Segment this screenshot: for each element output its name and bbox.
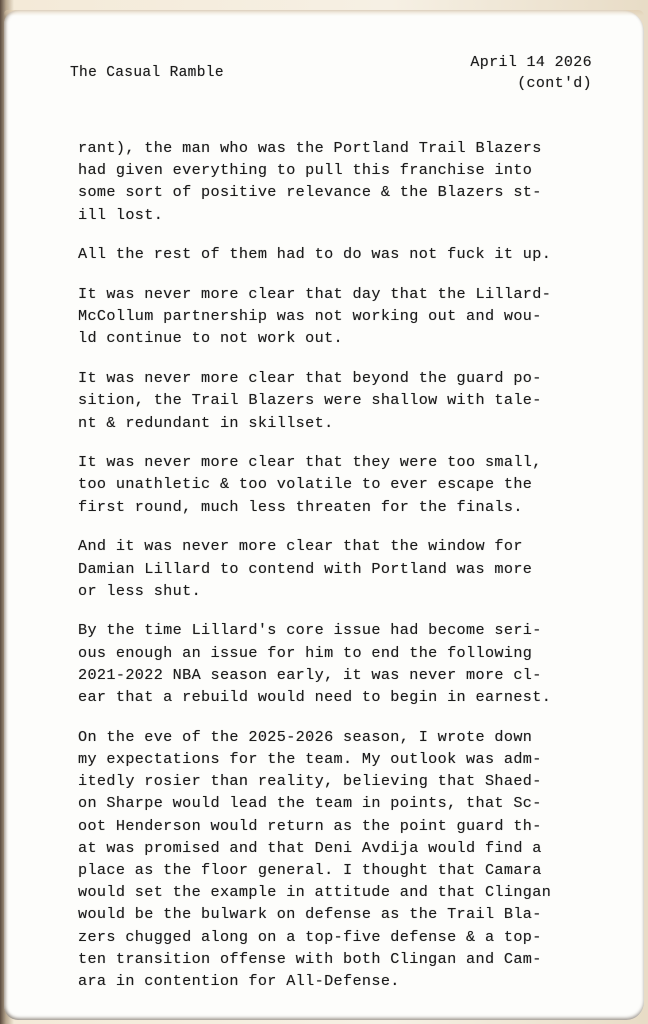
text-line: oot Henderson would return as the point … bbox=[78, 815, 618, 837]
paragraph: On the eve of the 2025-2026 season, I wr… bbox=[78, 726, 618, 992]
text-line: place as the floor general. I thought th… bbox=[78, 859, 618, 881]
text-line: ten transition offense with both Clingan… bbox=[78, 948, 618, 970]
text-line: By the time Lillard's core issue had bec… bbox=[78, 619, 618, 641]
paragraph: By the time Lillard's core issue had bec… bbox=[78, 619, 618, 708]
paragraph: It was never more clear that they were t… bbox=[78, 451, 618, 518]
text-line: It was never more clear that beyond the … bbox=[78, 367, 618, 389]
notebook-page: The Casual Ramble April 14 2026 (cont'd)… bbox=[4, 10, 644, 1020]
text-line: my expectations for the team. My outlook… bbox=[78, 748, 618, 770]
page-title: The Casual Ramble bbox=[70, 65, 224, 81]
text-line: 2021-2022 NBA season early, it was never… bbox=[78, 664, 618, 686]
text-line: On the eve of the 2025-2026 season, I wr… bbox=[78, 726, 618, 748]
text-line: It was never more clear that day that th… bbox=[78, 283, 618, 305]
text-line: ld continue to not work out. bbox=[78, 327, 618, 349]
text-line: ara in contention for All-Defense. bbox=[78, 970, 618, 992]
continued-label: (cont'd) bbox=[450, 73, 592, 94]
text-line: would be the bulwark on defense as the T… bbox=[78, 903, 618, 925]
text-line: on Sharpe would lead the team in points,… bbox=[78, 792, 618, 814]
text-line: would set the example in attitude and th… bbox=[78, 881, 618, 903]
paragraph: It was never more clear that beyond the … bbox=[78, 367, 618, 434]
paragraph: All the rest of them had to do was not f… bbox=[78, 243, 618, 265]
text-line: some sort of positive relevance & the Bl… bbox=[78, 181, 618, 203]
paragraph: And it was never more clear that the win… bbox=[78, 535, 618, 602]
text-line: too unathletic & too volatile to ever es… bbox=[78, 473, 618, 495]
text-line: McCollum partnership was not working out… bbox=[78, 305, 618, 327]
text-line: or less shut. bbox=[78, 580, 618, 602]
paragraph: It was never more clear that day that th… bbox=[78, 283, 618, 350]
page-date-block: April 14 2026 (cont'd) bbox=[450, 52, 592, 94]
text-line: All the rest of them had to do was not f… bbox=[78, 243, 618, 265]
text-line: first round, much less threaten for the … bbox=[78, 496, 618, 518]
text-line: itedly rosier than reality, believing th… bbox=[78, 770, 618, 792]
text-line: at was promised and that Deni Avdija wou… bbox=[78, 837, 618, 859]
page-date: April 14 2026 bbox=[450, 52, 592, 73]
typed-body: rant), the man who was the Portland Trai… bbox=[78, 137, 618, 1010]
text-line: ear that a rebuild would need to begin i… bbox=[78, 686, 618, 708]
text-line: zers chugged along on a top-five defense… bbox=[78, 926, 618, 948]
text-line: rant), the man who was the Portland Trai… bbox=[78, 137, 618, 159]
text-line: And it was never more clear that the win… bbox=[78, 535, 618, 557]
text-line: ous enough an issue for him to end the f… bbox=[78, 642, 618, 664]
text-line: nt & redundant in skillset. bbox=[78, 412, 618, 434]
text-line: sition, the Trail Blazers were shallow w… bbox=[78, 389, 618, 411]
text-line: had given everything to pull this franch… bbox=[78, 159, 618, 181]
text-line: ill lost. bbox=[78, 204, 618, 226]
text-line: It was never more clear that they were t… bbox=[78, 451, 618, 473]
paragraph: rant), the man who was the Portland Trai… bbox=[78, 137, 618, 226]
text-line: Damian Lillard to contend with Portland … bbox=[78, 558, 618, 580]
